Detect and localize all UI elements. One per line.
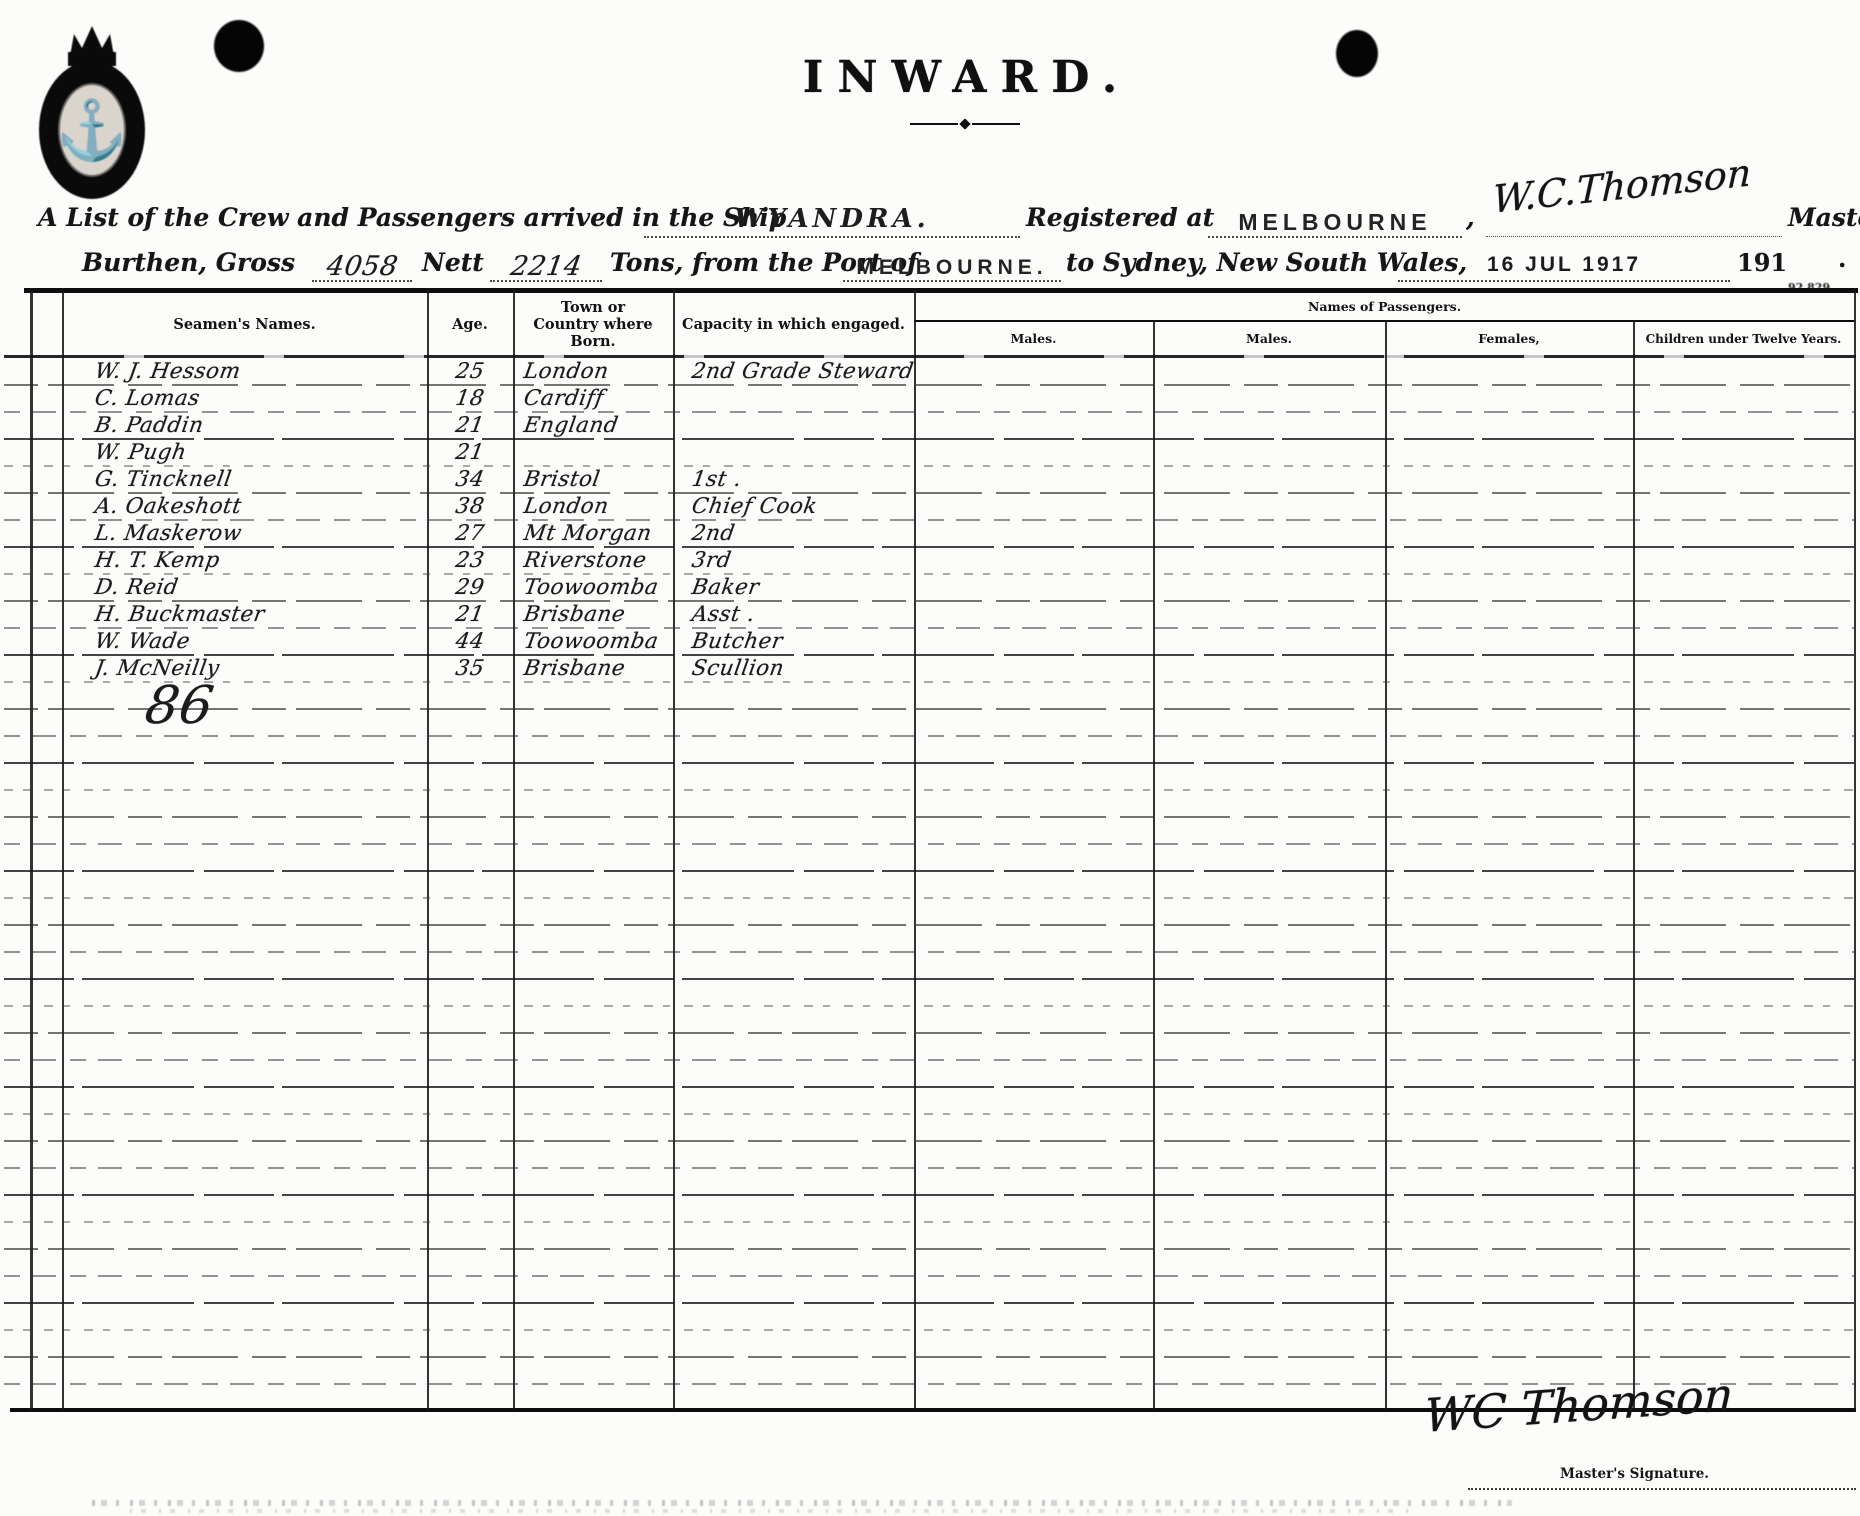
crew-name: A. Oakeshott xyxy=(93,494,243,519)
ruled-line xyxy=(4,870,1854,872)
column-header-capacity: Capacity in which engaged. xyxy=(673,293,914,355)
scan-noise xyxy=(92,1500,1512,1506)
ink-blot xyxy=(214,20,264,72)
nett-tons-value: 2214 xyxy=(508,251,584,282)
period-mark: . xyxy=(1838,244,1846,273)
ruled-line xyxy=(4,1329,1854,1331)
column-header-born: Town or Country where Born. xyxy=(513,293,673,355)
ruled-line xyxy=(4,816,1854,818)
port-field: MELBOURNE. xyxy=(843,244,1061,282)
table-row: H. T. Kemp 23 Riverstone 3rd xyxy=(0,546,1860,573)
ruled-line xyxy=(4,951,1854,953)
ruled-line xyxy=(4,789,1854,791)
crew-name: D. Reid xyxy=(93,575,180,600)
crew-capacity: 2nd xyxy=(690,521,737,546)
crew-born: Brisbane xyxy=(522,602,627,627)
nett-label: Nett xyxy=(422,248,484,277)
crew-age: 35 xyxy=(426,656,514,681)
column-header-age: Age. xyxy=(427,293,513,355)
crew-born: London xyxy=(522,359,611,384)
title-ornament xyxy=(898,118,1032,130)
ruled-line xyxy=(4,1140,1854,1142)
crew-born: Bristol xyxy=(522,467,602,492)
nett-tons-field: 2214 xyxy=(490,244,602,282)
ruled-line xyxy=(4,1086,1854,1088)
date-stamp-value: 16 JUL 1917 xyxy=(1487,253,1641,277)
crew-born: Toowoomba xyxy=(522,629,660,654)
year-prefix: 191 xyxy=(1737,248,1787,277)
table-row: W. Pugh 21 xyxy=(0,438,1860,465)
ruled-line xyxy=(4,1275,1854,1277)
table-row: W. J. Hessom 25 London 2nd Grade Steward xyxy=(0,357,1860,384)
ruled-line xyxy=(4,897,1854,899)
crew-name: L. Maskerow xyxy=(93,521,244,546)
ruled-line xyxy=(4,1194,1854,1196)
crew-age: 38 xyxy=(426,494,514,519)
anchor-icon: ⚓ xyxy=(56,96,128,164)
ruled-line xyxy=(4,924,1854,926)
ruled-line xyxy=(4,1113,1854,1115)
crew-name: C. Lomas xyxy=(93,386,202,411)
crew-capacity: Baker xyxy=(690,575,761,600)
comma-mark: , xyxy=(1466,203,1475,232)
ship-name-value: WYANDRA. xyxy=(734,204,929,234)
table-row: B. Paddin 21 England xyxy=(0,411,1860,438)
ruled-line xyxy=(4,1059,1854,1061)
crew-name: W. Pugh xyxy=(93,440,188,465)
crew-age: 34 xyxy=(426,467,514,492)
crew-name: W. J. Hessom xyxy=(93,359,242,384)
table-row: L. Maskerow 27 Mt Morgan 2nd xyxy=(0,519,1860,546)
crew-born: London xyxy=(522,494,611,519)
column-header-passengers-group: Names of Passengers. xyxy=(914,293,1855,320)
masters-signature-handwriting: WC Thomson xyxy=(1423,1367,1734,1443)
ruled-line xyxy=(4,681,1854,683)
crew-name: H. T. Kemp xyxy=(93,548,222,573)
column-header-females: Females, xyxy=(1385,322,1633,355)
registered-at-value: MELBOURNE xyxy=(1238,209,1431,236)
ruled-line xyxy=(4,843,1854,845)
table-row: J. McNeilly 35 Brisbane Scullion xyxy=(0,654,1860,681)
table-row: W. Wade 44 Toowoomba Butcher xyxy=(0,627,1860,654)
crew-total: 86 xyxy=(141,676,218,736)
column-header-seamen-names: Seamen's Names. xyxy=(62,293,427,355)
ruled-line xyxy=(4,978,1854,980)
burthen-label: Burthen, Gross xyxy=(82,248,295,277)
registered-at-field: MELBOURNE xyxy=(1208,200,1462,238)
ruled-line xyxy=(4,1005,1854,1007)
port-value: MELBOURNE. xyxy=(856,256,1047,280)
crew-age: 21 xyxy=(426,602,514,627)
gross-tons-field: 4058 xyxy=(312,244,412,282)
table-row: G. Tincknell 34 Bristol 1st . xyxy=(0,465,1860,492)
anchor-seal-graphic: ⚓ xyxy=(36,18,148,200)
crew-capacity: 2nd Grade Steward xyxy=(690,359,916,384)
ruled-line xyxy=(4,1221,1854,1223)
crew-age: 23 xyxy=(426,548,514,573)
ruled-line xyxy=(4,1356,1854,1358)
ink-blot xyxy=(1336,30,1378,77)
page-title: INWARD. xyxy=(752,52,1182,103)
crew-age: 44 xyxy=(426,629,514,654)
registered-at-label: Registered at xyxy=(1026,203,1214,232)
ruled-line xyxy=(4,1167,1854,1169)
table-row: A. Oakeshott 38 London Chief Cook xyxy=(0,492,1860,519)
crew-capacity: Scullion xyxy=(690,656,786,681)
ruled-line xyxy=(4,708,1854,710)
column-header-males-1: Males. xyxy=(914,322,1153,355)
crew-age: 25 xyxy=(426,359,514,384)
ruled-line xyxy=(4,1032,1854,1034)
crew-born: Brisbane xyxy=(522,656,627,681)
crew-name: W. Wade xyxy=(93,629,192,654)
signature-label: Master's Signature. xyxy=(1560,1466,1709,1482)
gross-tons-value: 4058 xyxy=(324,251,400,282)
crew-age: 29 xyxy=(426,575,514,600)
table-row: D. Reid 29 Toowoomba Baker xyxy=(0,573,1860,600)
crew-born: England xyxy=(522,413,620,438)
crew-capacity: 1st . xyxy=(690,467,743,492)
crew-capacity: Chief Cook xyxy=(690,494,819,519)
crew-name: B. Paddin xyxy=(93,413,206,438)
crew-capacity: Asst . xyxy=(690,602,757,627)
port-authority-seal: ⚓ xyxy=(36,18,148,200)
date-field: 16 JUL 1917 xyxy=(1398,244,1730,282)
crew-capacity: Butcher xyxy=(690,629,785,654)
column-header-males-2: Males. xyxy=(1153,322,1385,355)
crew-born: Cardiff xyxy=(522,386,606,411)
ruled-line xyxy=(4,762,1854,764)
crew-name: H. Buckmaster xyxy=(93,602,266,627)
crew-age: 21 xyxy=(426,413,514,438)
ruled-line xyxy=(4,1248,1854,1250)
crew-born: Mt Morgan xyxy=(522,521,654,546)
table-row: C. Lomas 18 Cardiff xyxy=(0,384,1860,411)
ruled-line xyxy=(4,735,1854,737)
crew-age: 18 xyxy=(426,386,514,411)
crew-age: 21 xyxy=(426,440,514,465)
document-page: ⚓ INWARD. A List of the Crew and Passeng… xyxy=(0,0,1860,1516)
crew-name: G. Tincknell xyxy=(93,467,234,492)
table-row: H. Buckmaster 21 Brisbane Asst . xyxy=(0,600,1860,627)
ruled-line xyxy=(4,1302,1854,1304)
master-label: Master, xyxy=(1788,203,1860,232)
crew-age: 27 xyxy=(426,521,514,546)
crew-capacity: 3rd xyxy=(690,548,733,573)
column-header-children: Children under Twelve Years. xyxy=(1633,322,1854,355)
ship-name-field: WYANDRA. xyxy=(644,200,1020,238)
scan-noise xyxy=(130,1509,1410,1513)
crew-born: Toowoomba xyxy=(522,575,660,600)
crew-born: Riverstone xyxy=(522,548,648,573)
signature-line xyxy=(1468,1488,1856,1490)
